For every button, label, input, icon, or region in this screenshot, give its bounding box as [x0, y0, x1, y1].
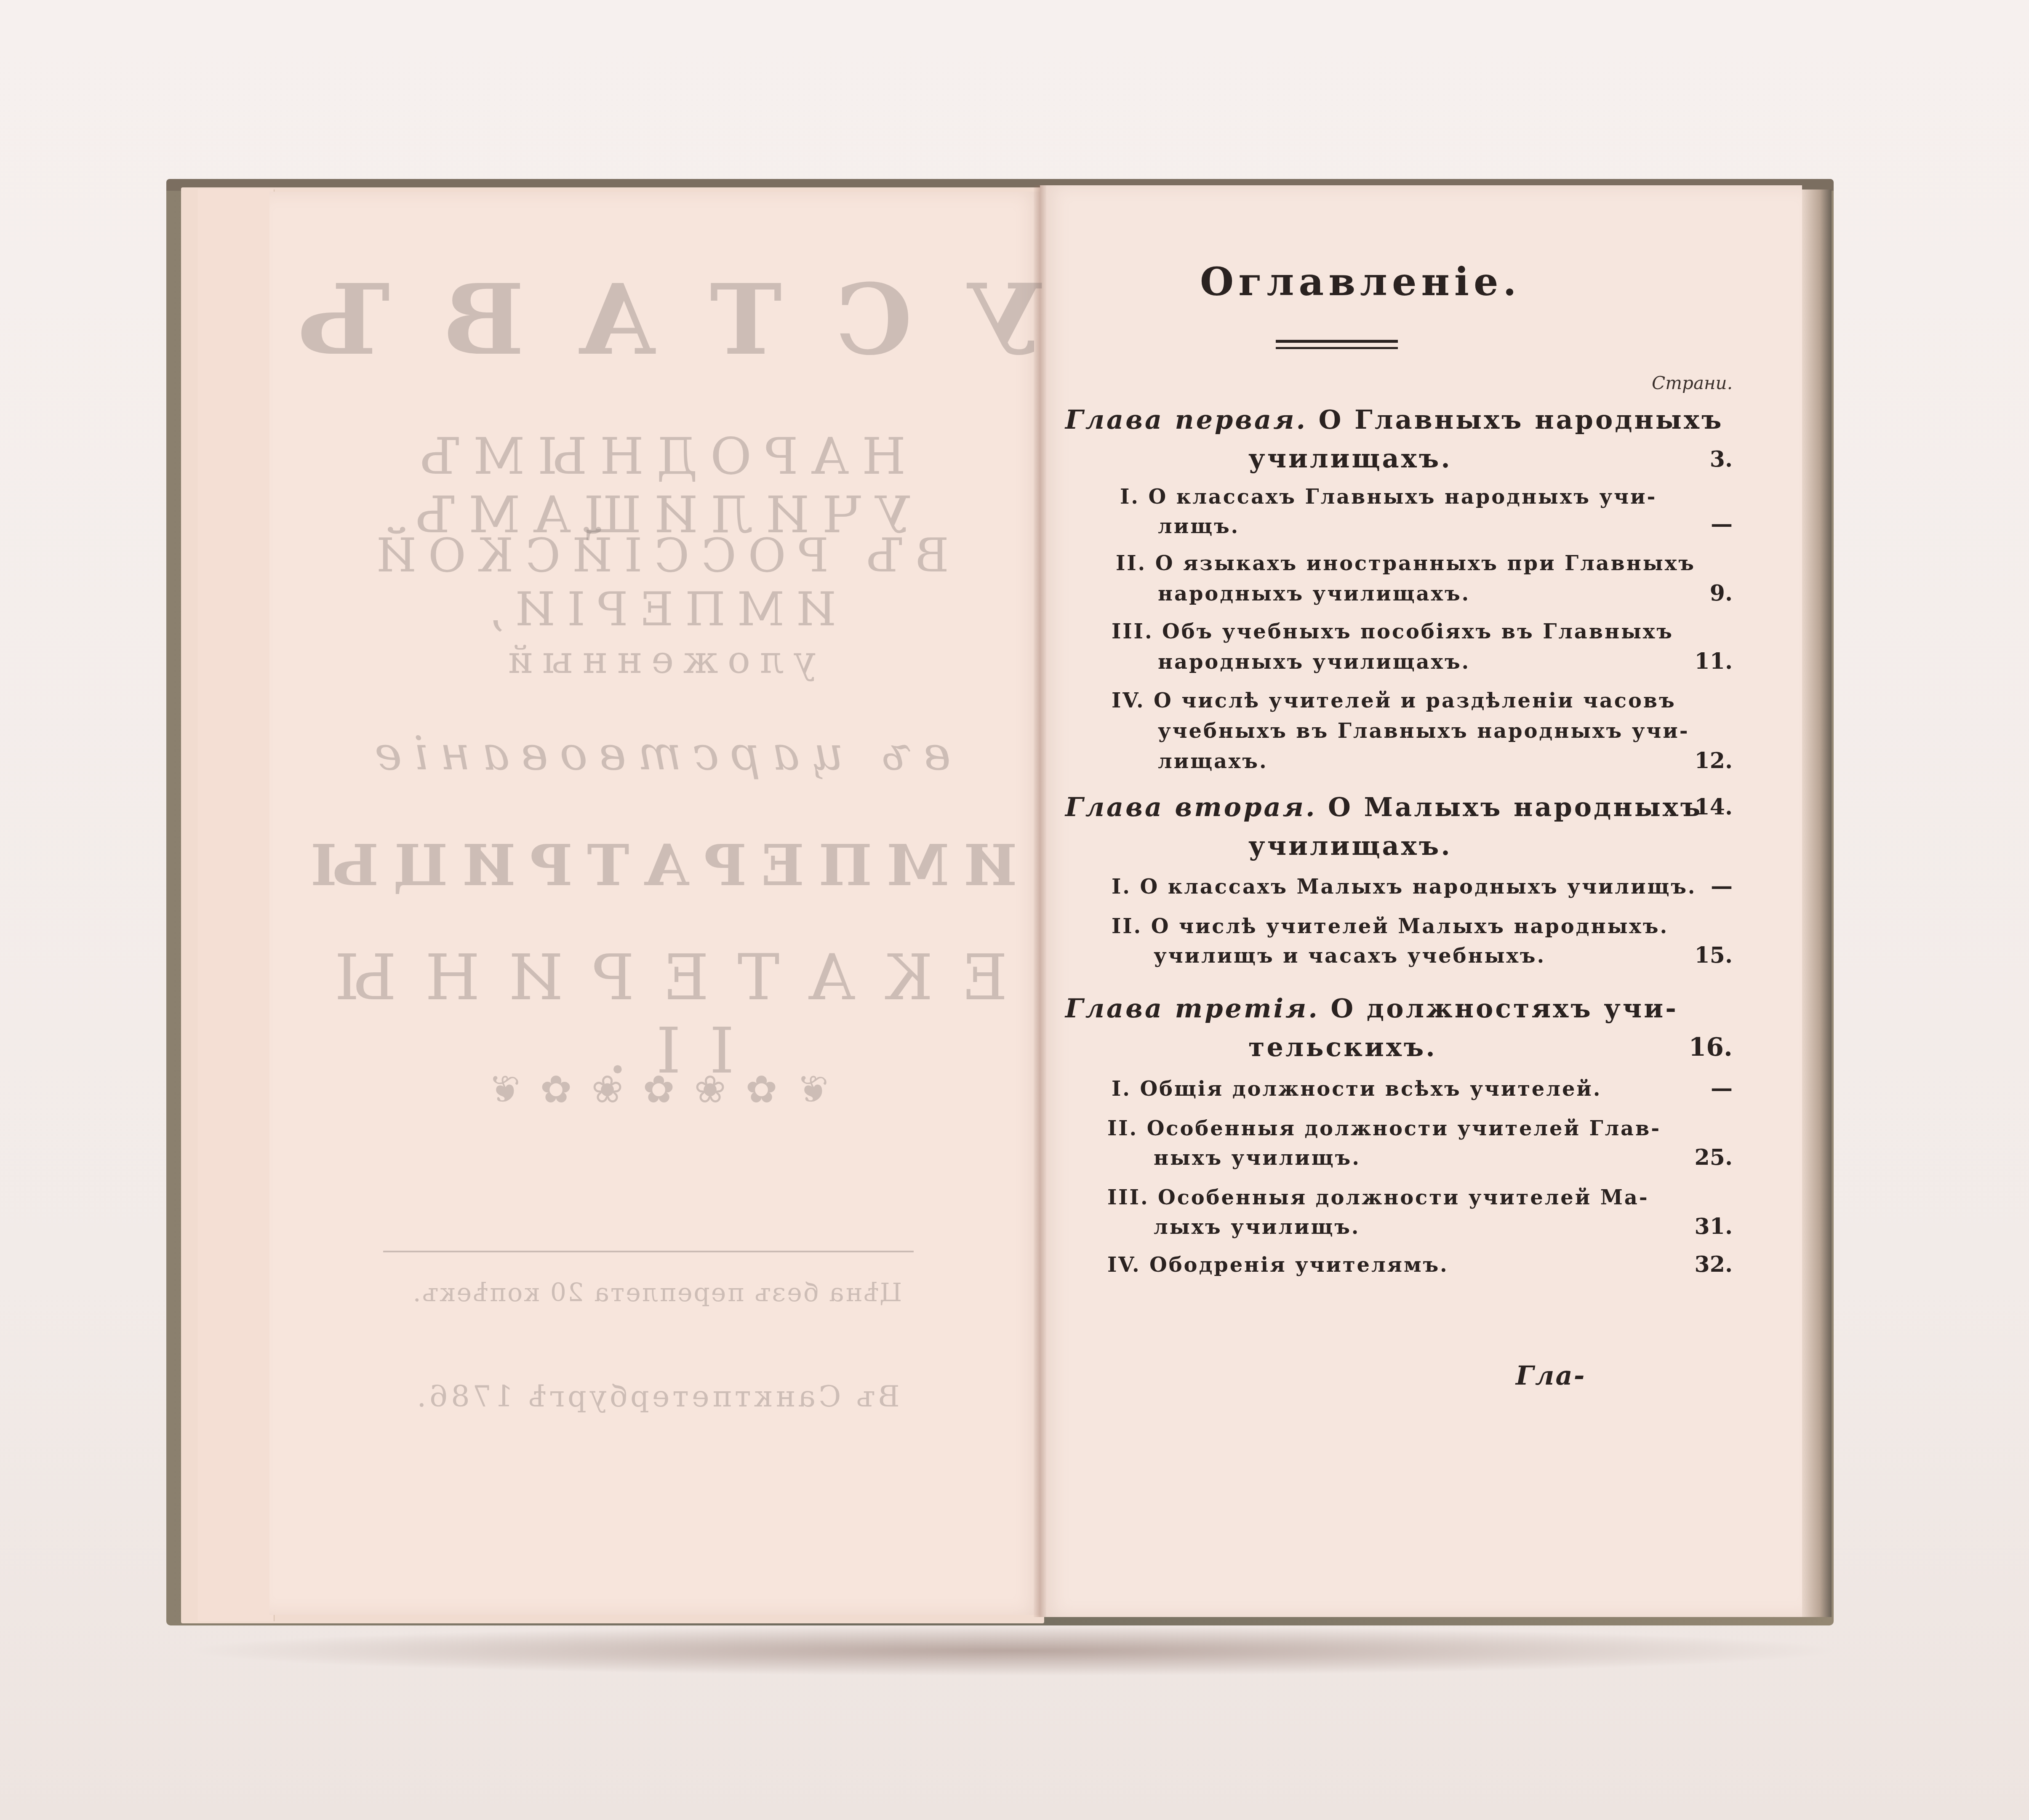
bleed-imprint: Въ Санктпетербургѣ 1786.	[269, 1379, 1044, 1414]
page-number: 25.	[1695, 1145, 1733, 1170]
flyleaf	[198, 189, 275, 1621]
catchword: Гла-	[1516, 1360, 1586, 1391]
bleed-line: ИМПЕРАТРИЦЫ	[269, 832, 1044, 899]
page-number: 12.	[1695, 748, 1733, 774]
bleed-rule	[383, 1251, 914, 1252]
page-number: —	[1711, 873, 1733, 899]
table-of-contents: Оглавленіе. Страни. Глава первая. О Глав…	[1040, 185, 1802, 1617]
bleed-line: НАРОДНЫМЪ УЧИЛИЩАМЪ	[269, 427, 1044, 544]
fore-edge	[1802, 189, 1832, 1617]
bleed-line: ЕКАТЕРИНЫ II.	[269, 941, 1044, 1088]
page-number: —	[1711, 511, 1733, 537]
bleed-title: УСТАВЪ	[269, 263, 1044, 377]
page-number: 11.	[1695, 648, 1733, 674]
bleed-imprint: Цѣна безъ переплета 20 копѣекъ.	[269, 1278, 1044, 1308]
page-column-header: Страни.	[1652, 373, 1733, 393]
title-page-bleed-through: УСТАВЪ НАРОДНЫМЪ УЧИЛИЩАМЪ ВЪ РОССІЙСКОЙ…	[269, 192, 1044, 1615]
page-number: 31.	[1695, 1214, 1733, 1239]
page-number: 32.	[1695, 1252, 1733, 1277]
bleed-line: въ царствованіе	[269, 726, 1044, 780]
page-title: Оглавленіе.	[1200, 259, 1521, 304]
page-number: 3.	[1710, 446, 1733, 472]
double-rule	[1276, 340, 1398, 349]
page-number: —	[1711, 1075, 1733, 1101]
book-shadow	[181, 1625, 1844, 1676]
page-number: 14.	[1695, 794, 1733, 820]
page-number: 16.	[1689, 1033, 1733, 1062]
page-number: 15.	[1695, 942, 1733, 968]
bleed-line: уложенный	[269, 638, 1044, 682]
page-number: 9.	[1710, 580, 1733, 606]
ornament-icon: ❦ ✿ ❀ ✿ ❀ ✿ ❦	[269, 1067, 1044, 1112]
bleed-line: ВЪ РОССІЙСКОЙ ИМПЕРІИ,	[269, 528, 1044, 636]
